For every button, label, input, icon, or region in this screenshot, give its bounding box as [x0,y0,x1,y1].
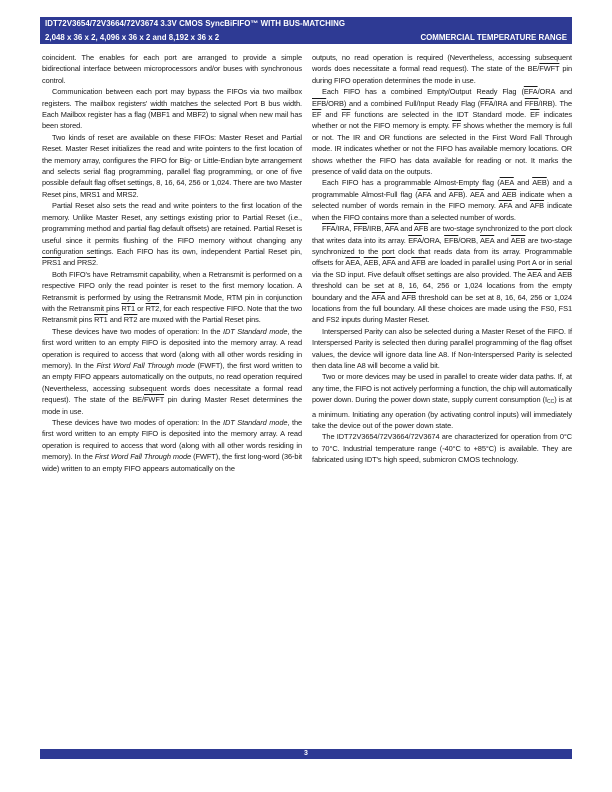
paragraph: Two kinds of reset are available on thes… [42,132,302,200]
paragraph: Communication between each port may bypa… [42,86,302,132]
paragraph: These devices have two modes of operatio… [42,417,302,474]
header-part-title: IDT72V3654/72V3664/72V3674 3.3V CMOS Syn… [45,19,567,28]
header-density-config: 2,048 x 36 x 2, 4,096 x 36 x 2 and 8,192… [45,33,219,42]
datasheet-page: IDT72V3654/72V3664/72V3674 3.3V CMOS Syn… [0,0,612,792]
paragraph: Each FIFO has a combined Empty/Output Re… [312,86,572,177]
paragraph: coincident. The enables for each port ar… [42,52,302,86]
paragraph: Interspersed Parity can also be selected… [312,326,572,372]
page-header-bar: IDT72V3654/72V3664/72V3674 3.3V CMOS Syn… [40,17,572,44]
header-temperature-range: COMMERCIAL TEMPERATURE RANGE [420,33,567,42]
paragraph: Both FIFO's have Retramsmit capability, … [42,269,302,326]
left-column: coincident. The enables for each port ar… [42,52,302,474]
paragraph: outputs, no read operation is required (… [312,52,572,86]
right-column: outputs, no read operation is required (… [312,52,572,474]
paragraph: FFA/IRA, FFB/IRB, AFA and AFB are two-st… [312,223,572,326]
paragraph: Two or more devices may be used in paral… [312,371,572,431]
body-text: coincident. The enables for each port ar… [42,52,572,474]
page-number: 3 [304,749,308,759]
paragraph: Partial Reset also sets the read and wri… [42,200,302,268]
paragraph: The IDT72V3654/72V3664/72V3674 are chara… [312,431,572,465]
page-footer-bar: 3 [40,749,572,759]
paragraph: Each FIFO has a programmable Almost-Empt… [312,177,572,223]
paragraph: These devices have two modes of operatio… [42,326,302,417]
header-subtitle-row: 2,048 x 36 x 2, 4,096 x 36 x 2 and 8,192… [45,33,567,42]
